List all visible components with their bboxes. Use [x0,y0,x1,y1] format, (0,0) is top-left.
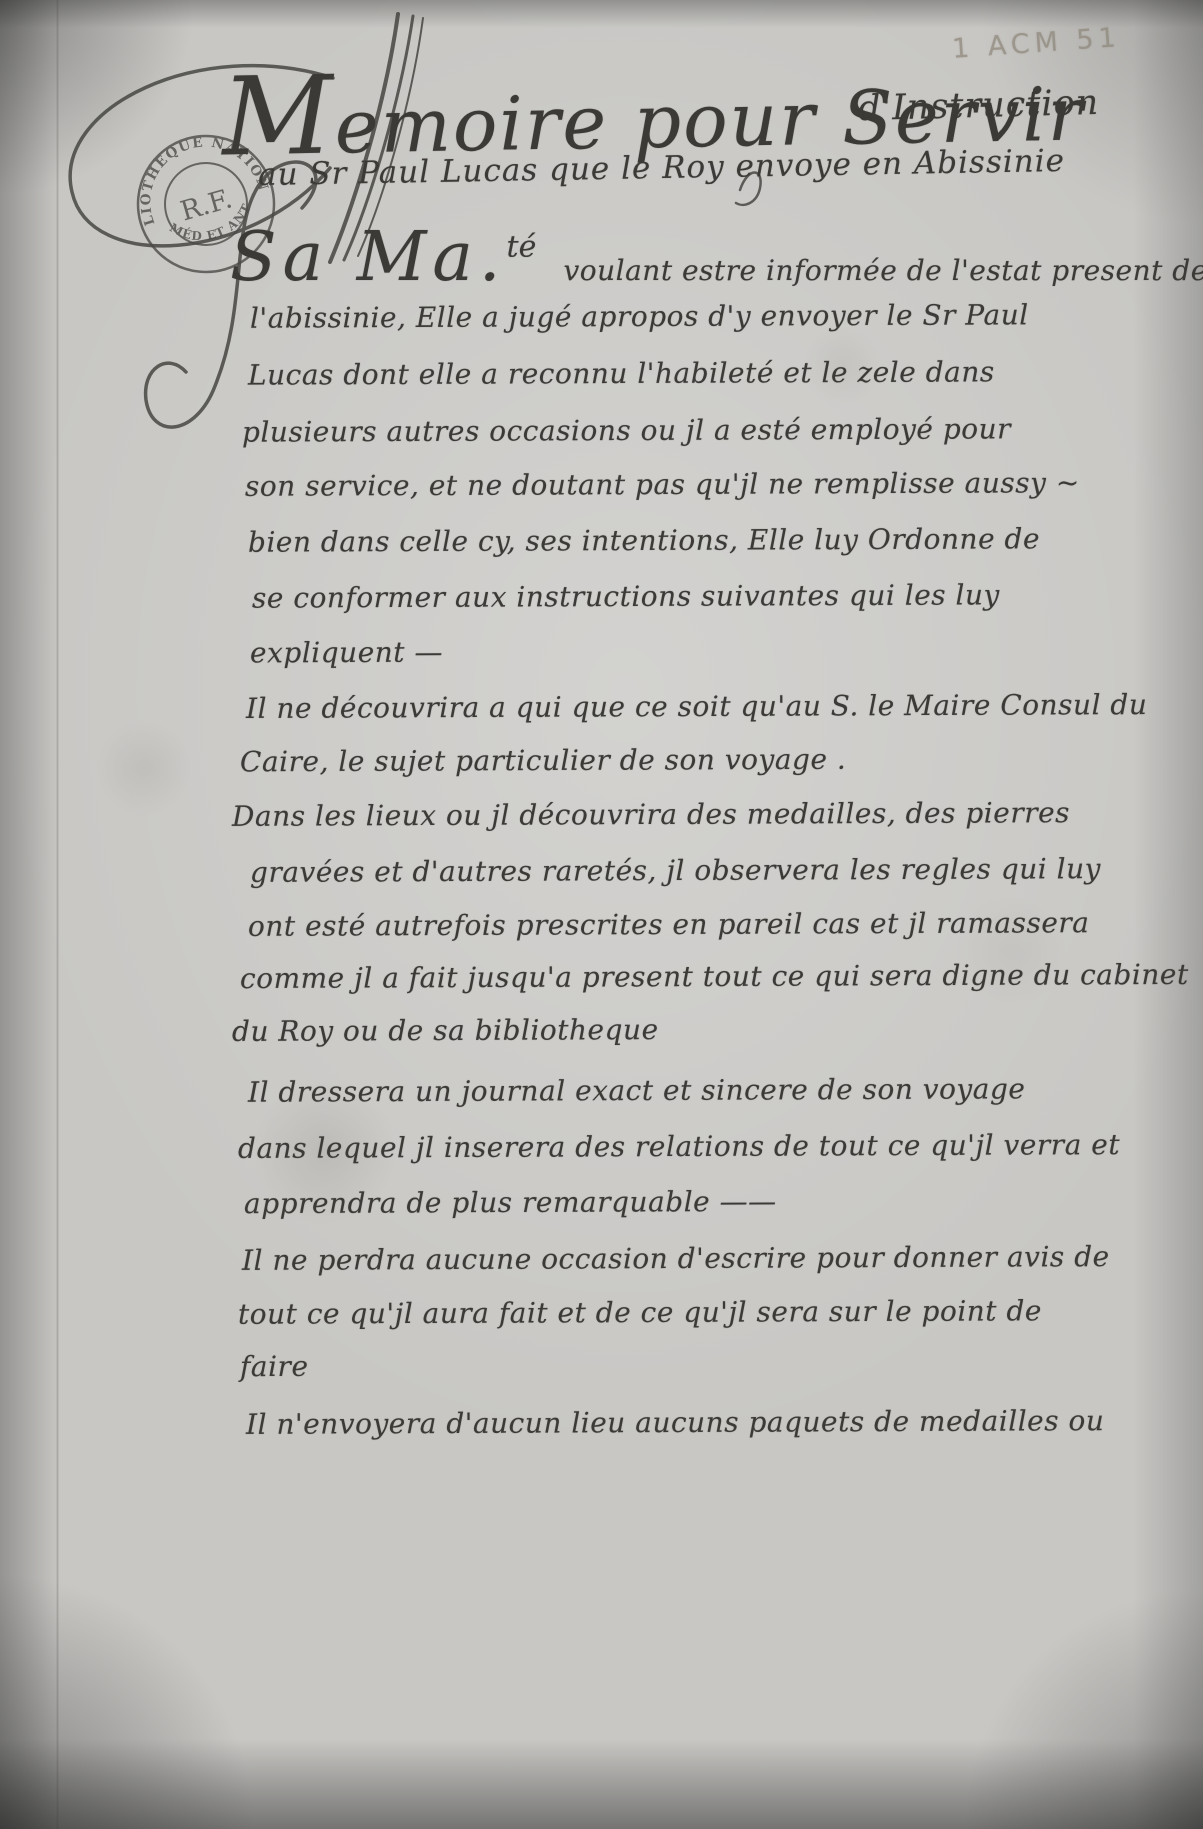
manuscript-line: tout ce qu'jl aura fait et de ce qu'jl s… [238,1294,1042,1331]
manuscript-line: dans lequel jl inserera des relations de… [238,1128,1120,1165]
manuscript-line: plusieurs autres occasions ou jl a esté … [242,412,1011,448]
manuscript-line: gravées et d'autres raretés, jl observer… [250,852,1101,889]
manuscript-line: Il dressera un journal exact et sincere … [248,1072,1026,1108]
manuscript-line: Caire, le sujet particulier de son voyag… [240,743,846,779]
manuscript-line: apprendra de plus remarquable —— [244,1185,777,1220]
manuscript-line: Dans les lieux ou jl découvrira des meda… [232,796,1070,833]
manuscript-line: se conformer aux instructions suivantes … [252,578,1000,614]
manuscript-line: voulant estre informée de l'estat presen… [563,254,1203,287]
manuscript-line: expliquent — [250,636,443,670]
salutation-superscript: té [507,229,537,264]
salutation: Sa Ma.té [230,218,536,297]
document-title-suffix: d'Instruction [858,83,1100,129]
manuscript-line: comme jl a fait jusqu'a present tout ce … [240,958,1189,995]
manuscript-line: du Roy ou de sa bibliotheque [232,1013,659,1048]
manuscript-line: Il n'envoyera d'aucun lieu aucuns paquet… [246,1404,1104,1441]
manuscript-line: faire [240,1350,309,1383]
manuscript-page: BIBLIOTHEQUE NATIONALE MÉD ET ANT R.F. 1… [0,0,1203,1829]
manuscript-opening-line: Sa Ma.té voulant estre informée de l'est… [230,218,1203,297]
manuscript-line: son service, et ne doutant pas qu'jl ne … [245,466,1080,503]
manuscript-line: l'abissinie, Elle a jugé apropos d'y env… [250,298,1029,334]
manuscript-line: ont esté autrefois prescrites en pareil … [248,906,1090,943]
manuscript-line: Il ne perdra aucune occasion d'escrire p… [242,1240,1110,1277]
manuscript-line: bien dans celle cy, ses intentions, Elle… [248,522,1040,558]
salutation-text: Sa Ma. [230,218,507,297]
manuscript-line: Il ne découvrira a qui que ce soit qu'au… [246,688,1147,725]
paper-crease [56,0,59,1829]
manuscript-line: Lucas dont elle a reconnu l'habileté et … [248,355,995,391]
